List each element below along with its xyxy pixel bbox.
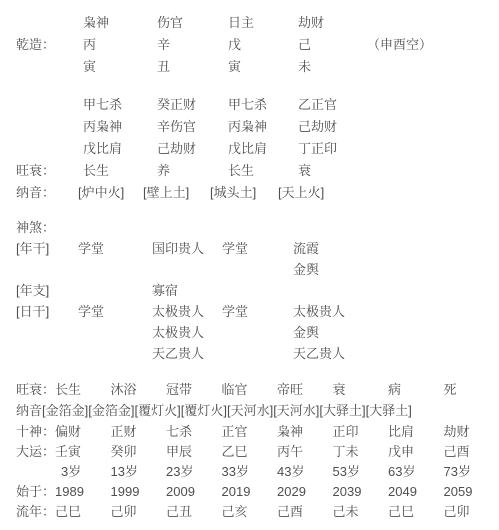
hidden-stem-cell: 戊比肩 [83, 138, 157, 160]
nayin-cell: [金箔金] [42, 400, 88, 421]
hidden-stem-cell: 辛伤官 [157, 116, 228, 138]
shishen-cell: 偏财 [55, 421, 111, 442]
shensha-cell: 金舆 [293, 259, 319, 280]
spacer [16, 462, 55, 482]
shensha-cell [222, 343, 293, 364]
shensha-row: 天乙贵人 天乙贵人 [16, 343, 499, 364]
shensha-cell [222, 322, 293, 343]
dayun-pillar: 癸卯 [111, 442, 167, 462]
hidden-stem-cell: 乙正官 [298, 94, 367, 116]
dayun-age: 53岁 [333, 462, 389, 482]
shishen-label: 十神： [16, 421, 55, 442]
stem-month: 辛 [157, 34, 228, 56]
shishen-cell: 正财 [111, 421, 167, 442]
start-year: 2029 [277, 482, 333, 502]
hidden-stem-cell: 己劫财 [157, 138, 228, 160]
dayun-pillar: 壬寅 [55, 442, 111, 462]
shishen-cell: 正印 [333, 421, 389, 442]
hidden-stem-cell: 丙枭神 [83, 116, 157, 138]
dayun-pillar: 甲辰 [166, 442, 222, 462]
liunian-cell: 己卯 [111, 502, 167, 522]
shensha-section: 神煞： [年干] 学堂 国印贵人 学堂 流霞 金舆 [年支] 寡宿 [日干] 学… [16, 217, 499, 364]
ten-god-day: 日主 [228, 12, 298, 34]
dayun-age: 33岁 [222, 462, 278, 482]
spacer [16, 94, 83, 116]
dayun-wangshuai-row: 旺衰： 长生 沐浴 冠带 临官 帝旺 衰 病 死 [16, 379, 499, 400]
shensha-row-label [16, 259, 78, 280]
shensha-row-label [16, 343, 78, 364]
liunian-cell: 己丑 [166, 502, 222, 522]
dayun-pillar: 丁未 [333, 442, 389, 462]
ten-god-year: 枭神 [83, 12, 157, 34]
spacer [16, 12, 83, 34]
nayin-label: 纳音 [16, 400, 42, 421]
wangshuai-label: 旺衰： [16, 160, 83, 182]
hidden-stems-row: 丙枭神 辛伤官 丙枭神 己劫财 [16, 116, 499, 138]
dayun-nayin-row: 纳音 [金箔金] [金箔金] [覆灯火] [覆灯火] [天河水] [天河水] [… [16, 400, 499, 421]
liunian-cell: 己亥 [222, 502, 278, 522]
shensha-cell: 金舆 [293, 322, 319, 343]
dayun-start-years-row: 始于： 1989 1999 2009 2019 2029 2039 2049 2… [16, 482, 499, 502]
dayun-shishen-row: 十神： 偏财 正财 七杀 正官 枭神 正印 比肩 劫财 [16, 421, 499, 442]
shensha-row: 太极贵人 金舆 [16, 322, 499, 343]
start-year: 2019 [222, 482, 278, 502]
wangshuai-cell: 沐浴 [111, 379, 167, 400]
wangshuai-cell: 帝旺 [277, 379, 333, 400]
shensha-cell: 寡宿 [152, 280, 222, 301]
nayin-cell: [覆灯火] [134, 400, 180, 421]
wangshuai-cell: 长生 [228, 160, 298, 182]
dayun-pillar: 己酉 [444, 442, 499, 462]
start-year: 1999 [111, 482, 167, 502]
spacer [16, 56, 83, 78]
shensha-cell: 太极贵人 [293, 301, 345, 322]
shensha-cell: 学堂 [78, 301, 152, 322]
wangshuai-cell: 冠带 [166, 379, 222, 400]
shensha-row-label: [日干] [16, 301, 78, 322]
spacer [16, 138, 83, 160]
nayin-cell: [金箔金] [88, 400, 134, 421]
stems-row: 乾造： 丙 辛 戊 己 （申酉空） [16, 34, 499, 56]
liunian-row: 流年： 己巳 己卯 己丑 己亥 己酉 己未 己巳 己卯 [16, 502, 499, 522]
shensha-cell [78, 322, 152, 343]
ten-god-hour: 劫财 [298, 12, 367, 34]
hidden-stems-row: 甲七杀 癸正财 甲七杀 乙正官 [16, 94, 499, 116]
start-year: 2059 [444, 482, 499, 502]
dayun-age: 3岁 [55, 462, 111, 482]
wangshuai-label: 旺衰： [16, 379, 55, 400]
shensha-cell: 太极贵人 [152, 301, 222, 322]
spacer [16, 116, 83, 138]
liunian-label: 流年： [16, 502, 55, 522]
shensha-cell [222, 280, 293, 301]
shensha-cell [222, 259, 293, 280]
shensha-cell [78, 343, 152, 364]
hidden-stem-cell: 丙枭神 [228, 116, 298, 138]
shensha-row: [年干] 学堂 国印贵人 学堂 流霞 [16, 238, 499, 259]
shishen-cell: 枭神 [277, 421, 333, 442]
liunian-cell: 己巳 [388, 502, 444, 522]
shensha-row: [年支] 寡宿 [16, 280, 499, 301]
four-pillars-section: 枭神 伤官 日主 劫财 乾造： 丙 辛 戊 己 （申酉空） 寅 丑 寅 未 [16, 12, 499, 78]
nayin-cell: [天上火] [278, 182, 346, 204]
nayin-cell: [炉中火] [78, 182, 143, 204]
shensha-cell: 学堂 [222, 301, 293, 322]
luck-cycle-section: 旺衰： 长生 沐浴 冠带 临官 帝旺 衰 病 死 纳音 [金箔金] [金箔金] … [16, 379, 499, 522]
pillar-nayin-row: 纳音： [炉中火] [壁上土] [城头土] [天上火] [16, 182, 499, 204]
pillar-wangshuai-row: 旺衰： 长生 养 长生 衰 [16, 160, 499, 182]
hidden-stem-cell: 丁正印 [298, 138, 367, 160]
shishen-cell: 七杀 [166, 421, 222, 442]
wangshuai-cell: 衰 [333, 379, 389, 400]
nayin-cell: [天河水] [273, 400, 319, 421]
shensha-row-label [16, 322, 78, 343]
wangshuai-cell: 病 [388, 379, 444, 400]
start-year: 2049 [388, 482, 444, 502]
dayun-label: 大运： [16, 442, 55, 462]
branch-month: 丑 [157, 56, 228, 78]
nayin-cell: [天河水] [227, 400, 273, 421]
branch-year: 寅 [83, 56, 157, 78]
start-year-label: 始于： [16, 482, 55, 502]
void-note: （申酉空） [367, 34, 432, 56]
hidden-stem-cell: 甲七杀 [228, 94, 298, 116]
shensha-row: 金舆 [16, 259, 499, 280]
branches-row: 寅 丑 寅 未 [16, 56, 499, 78]
shishen-cell: 劫财 [444, 421, 499, 442]
ten-god-month: 伤官 [157, 12, 228, 34]
shensha-cell: 学堂 [78, 238, 152, 259]
dayun-age: 13岁 [111, 462, 167, 482]
hidden-stem-cell: 己劫财 [298, 116, 367, 138]
start-year: 2009 [166, 482, 222, 502]
wangshuai-cell: 临官 [222, 379, 278, 400]
dayun-age: 73岁 [444, 462, 499, 482]
shensha-cell: 流霞 [293, 238, 319, 259]
shensha-cell [152, 259, 222, 280]
shensha-cell: 天乙贵人 [152, 343, 222, 364]
stem-hour: 己 [298, 34, 367, 56]
dayun-age: 23岁 [166, 462, 222, 482]
dayun-ganzhi-row: 大运： 壬寅 癸卯 甲辰 乙巳 丙午 丁未 戊申 己酉 [16, 442, 499, 462]
wangshuai-cell: 长生 [55, 379, 111, 400]
liunian-cell: 己未 [333, 502, 389, 522]
branch-day: 寅 [228, 56, 298, 78]
dayun-age: 43岁 [277, 462, 333, 482]
dayun-pillar: 丙午 [277, 442, 333, 462]
nayin-cell: [城头土] [210, 182, 278, 204]
stem-day: 戊 [228, 34, 298, 56]
liunian-cell: 己巳 [55, 502, 111, 522]
nayin-label: 纳音： [16, 182, 78, 204]
start-year: 1989 [55, 482, 111, 502]
shensha-cell: 天乙贵人 [293, 343, 345, 364]
liunian-cell: 己酉 [277, 502, 333, 522]
shensha-cell: 国印贵人 [152, 238, 222, 259]
wangshuai-cell: 衰 [298, 160, 367, 182]
dayun-age: 63岁 [388, 462, 444, 482]
nayin-cell: [覆灯火] [181, 400, 227, 421]
bazi-chart: 枭神 伤官 日主 劫财 乾造： 丙 辛 戊 己 （申酉空） 寅 丑 寅 未 甲七… [0, 0, 499, 530]
chart-type-label: 乾造： [16, 34, 83, 56]
shensha-row-label: [年支] [16, 280, 78, 301]
nayin-cell: [大驿土] [366, 400, 412, 421]
hidden-stem-cell: 戊比肩 [228, 138, 298, 160]
shensha-cell: 太极贵人 [152, 322, 222, 343]
shishen-cell: 比肩 [388, 421, 444, 442]
dayun-pillar: 戊申 [388, 442, 444, 462]
shensha-cell [78, 259, 152, 280]
shensha-cell [78, 280, 152, 301]
shensha-row-label: [年干] [16, 238, 78, 259]
start-year: 2039 [333, 482, 389, 502]
wangshuai-cell: 长生 [83, 160, 157, 182]
stem-year: 丙 [83, 34, 157, 56]
ten-gods-row: 枭神 伤官 日主 劫财 [16, 12, 499, 34]
branch-hour: 未 [298, 56, 367, 78]
shensha-title-row: 神煞： [16, 217, 499, 238]
hidden-stem-cell: 甲七杀 [83, 94, 157, 116]
shensha-cell: 学堂 [222, 238, 293, 259]
nayin-cell: [大驿土] [319, 400, 365, 421]
dayun-ages-row: 3岁 13岁 23岁 33岁 43岁 53岁 63岁 73岁 [16, 462, 499, 482]
hidden-stems-section: 甲七杀 癸正财 甲七杀 乙正官 丙枭神 辛伤官 丙枭神 己劫财 戊比肩 己劫财 … [16, 94, 499, 204]
shensha-row: [日干] 学堂 太极贵人 学堂 太极贵人 [16, 301, 499, 322]
shensha-title: 神煞： [16, 217, 78, 238]
wangshuai-cell: 死 [444, 379, 499, 400]
hidden-stems-row: 戊比肩 己劫财 戊比肩 丁正印 [16, 138, 499, 160]
shishen-cell: 正官 [222, 421, 278, 442]
liunian-cell: 己卯 [444, 502, 499, 522]
nayin-cell: [壁上土] [143, 182, 210, 204]
wangshuai-cell: 养 [157, 160, 228, 182]
hidden-stem-cell: 癸正财 [157, 94, 228, 116]
dayun-pillar: 乙巳 [222, 442, 278, 462]
